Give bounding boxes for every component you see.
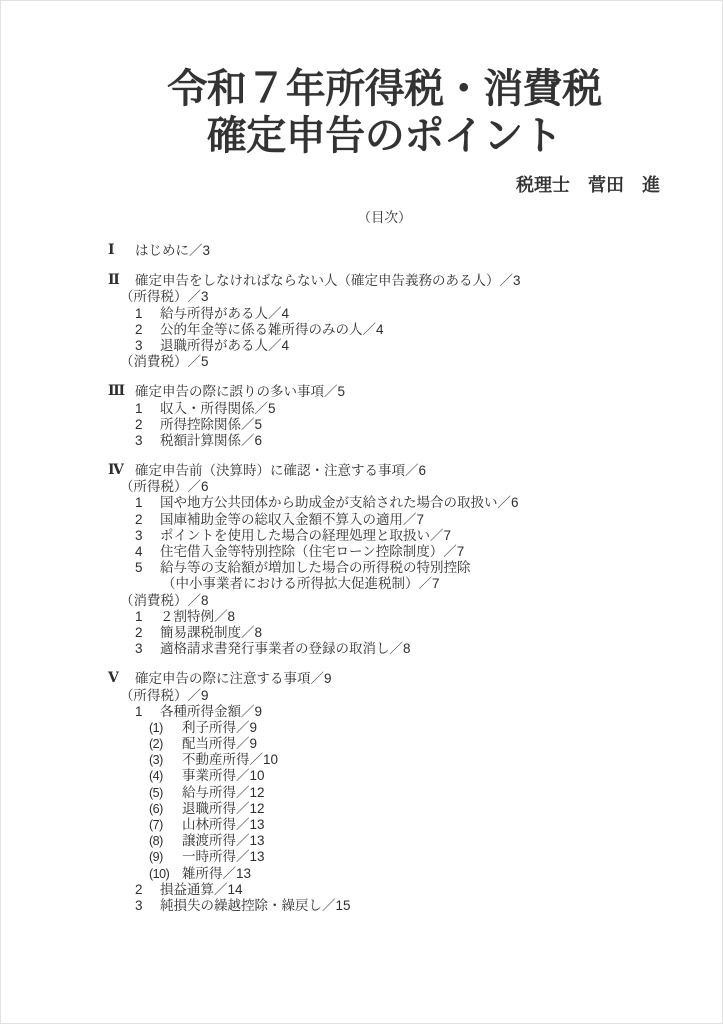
toc-line-item: 2公的年金等に係る雑所得のみの人／4	[0, 322, 723, 338]
toc-gap	[0, 259, 723, 273]
toc-line-item: 1各種所得金額／9	[0, 704, 723, 720]
toc-line-marker: 3	[135, 338, 143, 354]
toc-line-marker: (6)	[149, 801, 163, 817]
toc-line-subitem: (8)譲渡所得／13	[0, 833, 723, 849]
toc-line-text: 給与所得／12	[182, 785, 265, 801]
toc-line-text: 適格請求書発行事業者の登録の取消し／8	[160, 641, 411, 657]
toc-line-marker: 3	[135, 641, 143, 657]
toc-line-item: 3ポイントを使用した場合の経理処理と取扱い／7	[0, 528, 723, 544]
document-title: 令和７年所得税・消費税 確定申告のポイント	[46, 66, 723, 160]
toc-line-marker: 1	[135, 704, 143, 720]
toc-line-text: 利子所得／9	[182, 720, 257, 736]
toc-line-marker: 1	[135, 401, 143, 417]
toc-line-item: 3退職所得がある人／4	[0, 338, 723, 354]
toc-line-text: 国や地方公共団体から助成金が支給された場合の取扱い／6	[160, 495, 519, 511]
document-page: 令和７年所得税・消費税 確定申告のポイント 税理士 菅田 進 （目次） Ⅰはじめ…	[0, 0, 723, 1024]
toc-line-subitem: (9)一時所得／13	[0, 849, 723, 865]
toc-line-item: 1収入・所得関係／5	[0, 401, 723, 417]
toc-line-marker: 2	[135, 625, 143, 641]
toc-line-text: （所得税）／3	[120, 289, 209, 305]
toc-line-text: 国庫補助金等の総収入金額不算入の適用／7	[160, 512, 424, 528]
toc-line-text: 各種所得金額／9	[160, 704, 262, 720]
toc-line-marker: (2)	[149, 736, 163, 752]
toc-line-subitem: (5)給与所得／12	[0, 785, 723, 801]
toc-line-text: 公的年金等に係る雑所得のみの人／4	[160, 322, 384, 338]
toc-line-marker: 2	[135, 417, 143, 433]
toc-line-group: （消費税）／8	[0, 593, 723, 609]
toc-line-text: 譲渡所得／13	[182, 833, 265, 849]
toc-line-text: 確定申告前（決算時）に確認・注意する事項／6	[135, 463, 426, 479]
toc-line-subitem: (7)山林所得／13	[0, 817, 723, 833]
toc-line-marker: (1)	[149, 720, 163, 736]
toc-line-text: 確定申告をしなければならない人（確定申告義務のある人）／3	[135, 273, 521, 289]
toc-line-text: 退職所得／12	[182, 801, 265, 817]
toc-line-subitem: (10)雑所得／13	[0, 866, 723, 882]
toc-line-section: Ⅱ確定申告をしなければならない人（確定申告義務のある人）／3	[0, 273, 723, 289]
toc-line-text: 配当所得／9	[182, 736, 257, 752]
toc-line-cont: （中小事業者における所得拡大促進税制）／7	[0, 576, 723, 592]
toc-line-text: 純損失の繰越控除・繰戻し／15	[160, 898, 351, 914]
toc-line-item: 1給与所得がある人／4	[0, 306, 723, 322]
toc-line-group: （所得税）／6	[0, 479, 723, 495]
toc-line-section: Ⅳ確定申告前（決算時）に確認・注意する事項／6	[0, 463, 723, 479]
toc-line-marker: 2	[135, 322, 143, 338]
table-of-contents: Ⅰはじめに／3Ⅱ確定申告をしなければならない人（確定申告義務のある人）／3（所得…	[0, 243, 723, 914]
toc-line-subitem: (2)配当所得／9	[0, 736, 723, 752]
toc-line-text: （消費税）／8	[120, 593, 209, 609]
toc-line-marker: 2	[135, 512, 143, 528]
toc-line-marker: (7)	[149, 817, 163, 833]
toc-line-marker: Ⅴ	[108, 671, 119, 687]
toc-line-group: （所得税）／3	[0, 289, 723, 305]
toc-line-marker: Ⅱ	[108, 273, 120, 289]
toc-line-marker: (9)	[149, 849, 163, 865]
toc-line-subitem: (4)事業所得／10	[0, 768, 723, 784]
toc-line-section: Ⅰはじめに／3	[0, 243, 723, 259]
toc-line-marker: (4)	[149, 768, 163, 784]
toc-line-item: 2損益通算／14	[0, 882, 723, 898]
toc-line-marker: 5	[135, 560, 143, 576]
toc-line-marker: Ⅳ	[108, 463, 124, 479]
toc-line-text: 給与所得がある人／4	[160, 306, 289, 322]
toc-line-group: （消費税）／5	[0, 354, 723, 370]
toc-line-text: ２割特例／8	[160, 609, 235, 625]
toc-line-item: 3適格請求書発行事業者の登録の取消し／8	[0, 641, 723, 657]
document-title-line2: 確定申告のポイント	[46, 113, 723, 160]
toc-line-text: （中小事業者における所得拡大促進税制）／7	[162, 576, 440, 592]
toc-line-text: 所得控除関係／5	[160, 417, 262, 433]
toc-line-marker: Ⅰ	[108, 243, 115, 259]
toc-line-text: 税額計算関係／6	[160, 433, 262, 449]
toc-gap	[0, 657, 723, 671]
toc-line-marker: 3	[135, 528, 143, 544]
toc-line-text: 確定申告の際に誤りの多い事項／5	[135, 384, 345, 400]
toc-line-item: 1２割特例／8	[0, 609, 723, 625]
toc-line-text: （消費税）／5	[120, 354, 209, 370]
toc-line-item: 4住宅借入金等特別控除（住宅ローン控除制度）／7	[0, 544, 723, 560]
toc-line-text: ポイントを使用した場合の経理処理と取扱い／7	[160, 528, 451, 544]
toc-line-text: 退職所得がある人／4	[160, 338, 289, 354]
toc-line-text: 住宅借入金等特別控除（住宅ローン控除制度）／7	[160, 544, 464, 560]
toc-line-marker: (8)	[149, 833, 163, 849]
toc-heading: （目次）	[46, 209, 723, 226]
toc-line-marker: 4	[135, 544, 143, 560]
toc-line-marker: 2	[135, 882, 143, 898]
author-name: 税理士 菅田 進	[516, 174, 660, 196]
toc-line-subitem: (6)退職所得／12	[0, 801, 723, 817]
toc-line-item: 3純損失の繰越控除・繰戻し／15	[0, 898, 723, 914]
toc-line-marker: (3)	[149, 752, 163, 768]
toc-line-group: （所得税）／9	[0, 688, 723, 704]
toc-line-text: （所得税）／9	[120, 688, 209, 704]
toc-line-item: 3税額計算関係／6	[0, 433, 723, 449]
toc-line-section: Ⅲ確定申告の際に誤りの多い事項／5	[0, 384, 723, 400]
toc-line-text: 事業所得／10	[182, 768, 265, 784]
toc-line-marker: 1	[135, 495, 143, 511]
toc-line-subitem: (3)不動産所得／10	[0, 752, 723, 768]
toc-line-text: （所得税）／6	[120, 479, 209, 495]
toc-line-item: 2国庫補助金等の総収入金額不算入の適用／7	[0, 512, 723, 528]
toc-line-item: 2所得控除関係／5	[0, 417, 723, 433]
toc-line-section: Ⅴ確定申告の際に注意する事項／9	[0, 671, 723, 687]
toc-line-text: 給与等の支給額が増加した場合の所得税の特別控除	[160, 560, 471, 576]
toc-line-text: 雑所得／13	[182, 866, 251, 882]
toc-line-text: 一時所得／13	[182, 849, 265, 865]
toc-line-item: 2簡易課税制度／8	[0, 625, 723, 641]
toc-line-text: 確定申告の際に注意する事項／9	[135, 671, 332, 687]
toc-line-text: 収入・所得関係／5	[160, 401, 276, 417]
toc-line-marker: 1	[135, 609, 143, 625]
toc-line-text: はじめに／3	[135, 243, 210, 259]
toc-line-text: 損益通算／14	[160, 882, 243, 898]
toc-line-marker: (5)	[149, 785, 163, 801]
toc-line-marker: Ⅲ	[108, 384, 125, 400]
toc-line-marker: 1	[135, 306, 143, 322]
toc-gap	[0, 449, 723, 463]
toc-line-subitem: (1)利子所得／9	[0, 720, 723, 736]
toc-line-text: 不動産所得／10	[182, 752, 278, 768]
document-title-line1: 令和７年所得税・消費税	[46, 66, 723, 113]
toc-line-text: 山林所得／13	[182, 817, 265, 833]
toc-line-marker: 3	[135, 898, 143, 914]
toc-gap	[0, 370, 723, 384]
toc-line-marker: (10)	[149, 866, 169, 882]
toc-line-text: 簡易課税制度／8	[160, 625, 262, 641]
toc-line-marker: 3	[135, 433, 143, 449]
toc-line-item: 1国や地方公共団体から助成金が支給された場合の取扱い／6	[0, 495, 723, 511]
toc-line-item: 5給与等の支給額が増加した場合の所得税の特別控除	[0, 560, 723, 576]
